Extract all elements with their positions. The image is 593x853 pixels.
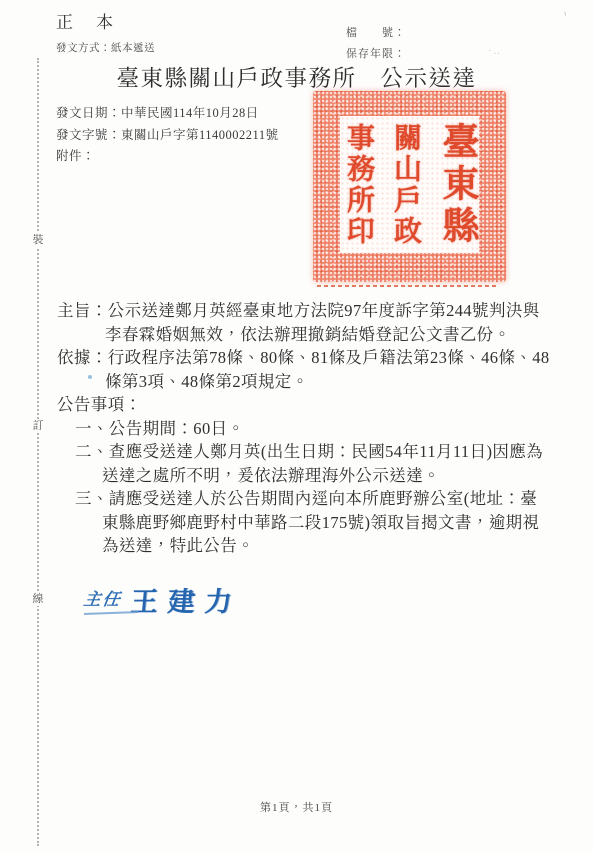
page-number: 第1頁，共1頁 (0, 799, 593, 815)
document-title: 臺東縣關山戶政事務所 公示送達 (0, 61, 593, 93)
document-body: 主旨：公示送達鄭月英經臺東地方法院97年度訴字第244號判決與 李春霖婚姻無效，… (0, 299, 593, 558)
scan-artifact (88, 375, 92, 379)
body-line: 條第3項、48條第2項規定。 (105, 370, 593, 394)
delivery-method-label: 發文方式：紙本遞送 (56, 40, 155, 55)
scan-artifact: ·‥ (488, 46, 502, 57)
body-line: 李春霖婚姻無效，依法辦理撤銷結婚登記公文書乙份。 (105, 323, 593, 347)
body-line: 送達之處所不明，爰依法辦理海外公示送達。 (102, 464, 593, 488)
document-page: 裝 訂 線 正 本 發文方式：紙本遞送 檔 號： 保存年限： 臺東縣關山戶政事務… (0, 0, 593, 853)
retention-period-label: 保存年限： (346, 45, 406, 61)
attachment-label: 附件： (56, 146, 279, 168)
body-line: 二、查應受送達人鄭月英(出生日期：民國54年11月11日)因應為 (75, 440, 593, 464)
document-meta: 發文日期：中華民國114年10月28日 發文字號：東關山戶字第114000221… (56, 103, 279, 168)
signer-title: 主任 (82, 585, 124, 610)
binding-label-zhuang: 裝 (30, 233, 46, 247)
signer-name: 王建力 (129, 580, 243, 619)
binding-label-xian: 線 (30, 592, 46, 606)
body-line: 公告事項： (57, 393, 593, 417)
body-line: 依據：行政程序法第78條、80條、81條及戶籍法第23條、46條、48 (57, 346, 593, 370)
body-line: 主旨：公示送達鄭月英經臺東地方法院97年度訴字第244號判決與 (57, 299, 593, 323)
body-line: 三、請應受送達人於公告期間內逕向本所鹿野辦公室(地址：臺 (75, 487, 593, 511)
document-number: 發文字號：東關山戶字第1140002211號 (56, 125, 279, 147)
seal-text-column-right: 臺東縣 (438, 122, 475, 248)
seal-text-column-left: 事務所印 (344, 123, 372, 247)
seal-inner-face: 臺東縣 關山戶政 事務所印 (340, 116, 479, 253)
seal-text-column-middle: 關山戶政 (391, 123, 419, 247)
issue-date: 發文日期：中華民國114年10月28日 (56, 103, 279, 125)
body-line: 一、公告期間：60日。 (75, 417, 593, 441)
body-line: 為送達，特此公告。 (102, 534, 593, 558)
file-number-label: 檔 號： (346, 24, 406, 40)
official-seal-stamp: 臺東縣 關山戶政 事務所印 (313, 91, 506, 282)
scan-artifact: ヽ (558, 4, 572, 21)
copy-type-label: 正 本 (56, 8, 116, 33)
body-line: 東縣鹿野鄉鹿野村中華路二段175號)領取旨揭文書，逾期視 (102, 511, 593, 535)
